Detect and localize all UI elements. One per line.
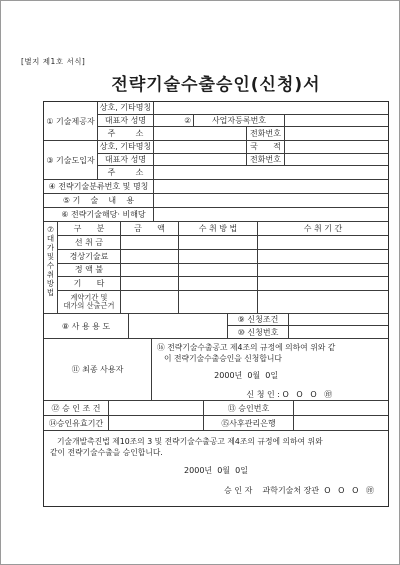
price-royalty-amount-field[interactable] (121, 250, 179, 263)
tech-strategic-label: ⑥ 전략기술해당· 비해당 (44, 208, 154, 221)
price-advance-period-field[interactable] (258, 236, 388, 249)
importer-rep-label: 대표자 성명 (98, 154, 154, 166)
price-etc-method-field[interactable] (179, 277, 258, 290)
importer-name-label: 상호, 기타명칭 (98, 141, 154, 153)
provider-name-label: 상호, 기타명칭 (98, 102, 154, 114)
provider-label: ① 기술제공자 (44, 102, 98, 140)
tech-strategic-row: ⑥ 전략기술해당· 비해당 (44, 208, 388, 222)
approval-statement-section: 기술개발촉진법 제10조의 3 및 전략기술수출공고 제4조의 규정에 의하여 … (44, 431, 388, 506)
price-royalty-method-field[interactable] (179, 250, 258, 263)
application-condition-field[interactable] (289, 314, 388, 325)
applicant-signature-line: 신 청 인 : O O O ㊞ (157, 389, 335, 400)
importer-addr-label: 주 소 (98, 166, 154, 179)
usage-field[interactable] (129, 314, 228, 338)
form-title: 전략기술수출승인(신청)서 (43, 70, 389, 95)
tech-content-label: ⑤ 기 술 내 용 (44, 194, 154, 207)
importer-nationality-field[interactable] (285, 141, 388, 153)
provider-section: ① 기술제공자 상호, 기타명칭 대표자 성명 ② 사업자등록번호 주 소 (44, 102, 388, 141)
biz-number-label: 사업자등록번호 (194, 115, 285, 127)
application-statement-line1: ⑯ 전략기술수출공고 제4조의 규정에 의하여 위와 같 (157, 343, 335, 354)
application-condition-label: ⑨ 신청조건 (228, 314, 289, 325)
biz-number-field[interactable] (285, 115, 388, 127)
importer-label: ③ 기술도입자 (44, 141, 98, 179)
provider-phone-field[interactable] (285, 127, 388, 140)
approval-number-field[interactable] (294, 401, 388, 415)
enduser-section: ⑪ 최종 사용자 ⑯ 전략기술수출공고 제4조의 규정에 의하여 위와 같 이 … (44, 339, 388, 401)
application-statement-line2: 이 전략기술수출승인을 신청합니다 (157, 354, 335, 365)
post-management-bank-label: ⑮사후관리은행 (204, 416, 294, 430)
importer-addr-field[interactable] (154, 166, 388, 179)
biz-number-mark: ② (184, 116, 191, 125)
approval-number-label: ⑬ 승인번호 (204, 401, 294, 415)
price-advance-method-field[interactable] (179, 236, 258, 249)
approval-validity-field[interactable] (109, 416, 204, 430)
price-contract-period-field[interactable] (258, 291, 388, 313)
importer-rep-field[interactable] (154, 154, 247, 166)
approval-statement-line1: 기술개발촉진법 제10조의 3 및 전략기술수출공고 제4조의 규정에 의하여 … (50, 437, 382, 448)
tech-class-field[interactable] (154, 180, 388, 193)
application-number-label: ⑩ 신청번호 (228, 326, 289, 338)
application-date: 2000년 0월 0일 (157, 370, 335, 381)
price-etc-amount-field[interactable] (121, 277, 179, 290)
price-fixed-amount-field[interactable] (121, 264, 179, 277)
usage-label: ⑧ 사 용 용 도 (44, 314, 129, 338)
price-contract-amount-field[interactable] (121, 291, 179, 313)
tech-class-label: ④ 전략기술분류번호 및 명칭 (44, 180, 154, 193)
price-section: ⑦대가및수취방법 구 분 금 액 수 취 방 법 수 취 기 간 선 취 금 (44, 222, 388, 314)
price-row-contract-label: 계약기간 및 대가의 산출근거 (58, 291, 121, 313)
approval-condition-label: ⑫ 승 인 조 건 (44, 401, 109, 415)
approval-statement-line2: 같이 전략기술수출을 승인합니다. (50, 448, 382, 459)
provider-addr-field[interactable] (154, 127, 247, 140)
price-royalty-period-field[interactable] (258, 250, 388, 263)
approval-condition-field[interactable] (109, 401, 204, 415)
price-row-royalty-label: 경상기술료 (58, 250, 121, 263)
price-etc-period-field[interactable] (258, 277, 388, 290)
approval-validity-label: ⑭승인유효기간 (44, 416, 109, 430)
tech-class-row: ④ 전략기술분류번호 및 명칭 (44, 180, 388, 194)
provider-addr-label: 주 소 (98, 127, 154, 140)
price-col-category: 구 분 (58, 222, 121, 235)
application-number-field[interactable] (289, 326, 388, 338)
price-row-etc-label: 기 타 (58, 277, 121, 290)
price-row-advance-label: 선 취 금 (58, 236, 121, 249)
price-contract-method-field[interactable] (179, 291, 258, 313)
usage-section: ⑧ 사 용 용 도 ⑨ 신청조건 ⑩ 신청번호 (44, 314, 388, 339)
importer-phone-field[interactable] (285, 154, 388, 166)
form-annex-note: [별지 제1호 서식] (21, 56, 85, 67)
post-management-bank-field[interactable] (294, 416, 388, 430)
approval-date: 2000년 0월 0일 (50, 465, 382, 476)
importer-section: ③ 기술도입자 상호, 기타명칭 국 적 대표자 성명 전화번호 주 소 (44, 141, 388, 180)
document-page: [별지 제1호 서식] 전략기술수출승인(신청)서 ① 기술제공자 상호, 기타… (0, 0, 400, 565)
provider-rep-label: 대표자 성명 (98, 115, 154, 127)
approval-validity-row: ⑭승인유효기간 ⑮사후관리은행 (44, 416, 388, 431)
tech-strategic-field[interactable] (154, 208, 388, 221)
provider-rep-field[interactable]: ② (154, 115, 194, 127)
form-table: ① 기술제공자 상호, 기타명칭 대표자 성명 ② 사업자등록번호 주 소 (43, 101, 389, 507)
price-row-fixed-label: 정 액 불 (58, 264, 121, 277)
tech-content-field[interactable] (154, 194, 388, 207)
provider-phone-label: 전화번호 (247, 127, 285, 140)
price-col-period: 수 취 기 간 (258, 222, 388, 235)
importer-phone-label: 전화번호 (247, 154, 285, 166)
approver-signature-line: 승 인 자 과학기술처 장관 O O O ㊞ (50, 485, 382, 496)
price-vertical-label: ⑦대가및수취방법 (44, 222, 58, 313)
price-advance-amount-field[interactable] (121, 236, 179, 249)
price-col-amount: 금 액 (121, 222, 179, 235)
provider-name-field[interactable] (154, 102, 388, 114)
approval-statement: 기술개발촉진법 제10조의 3 및 전략기술수출공고 제4조의 규정에 의하여 … (44, 431, 388, 506)
enduser-label: ⑪ 최종 사용자 (44, 339, 152, 400)
importer-name-field[interactable] (154, 141, 247, 153)
price-fixed-method-field[interactable] (179, 264, 258, 277)
price-col-method: 수 취 방 법 (179, 222, 258, 235)
approval-condition-row: ⑫ 승 인 조 건 ⑬ 승인번호 (44, 401, 388, 416)
application-statement: ⑯ 전략기술수출공고 제4조의 규정에 의하여 위와 같 이 전략기술수출승인을… (152, 339, 388, 400)
tech-content-row: ⑤ 기 술 내 용 (44, 194, 388, 208)
importer-nationality-label: 국 적 (247, 141, 285, 153)
price-fixed-period-field[interactable] (258, 264, 388, 277)
